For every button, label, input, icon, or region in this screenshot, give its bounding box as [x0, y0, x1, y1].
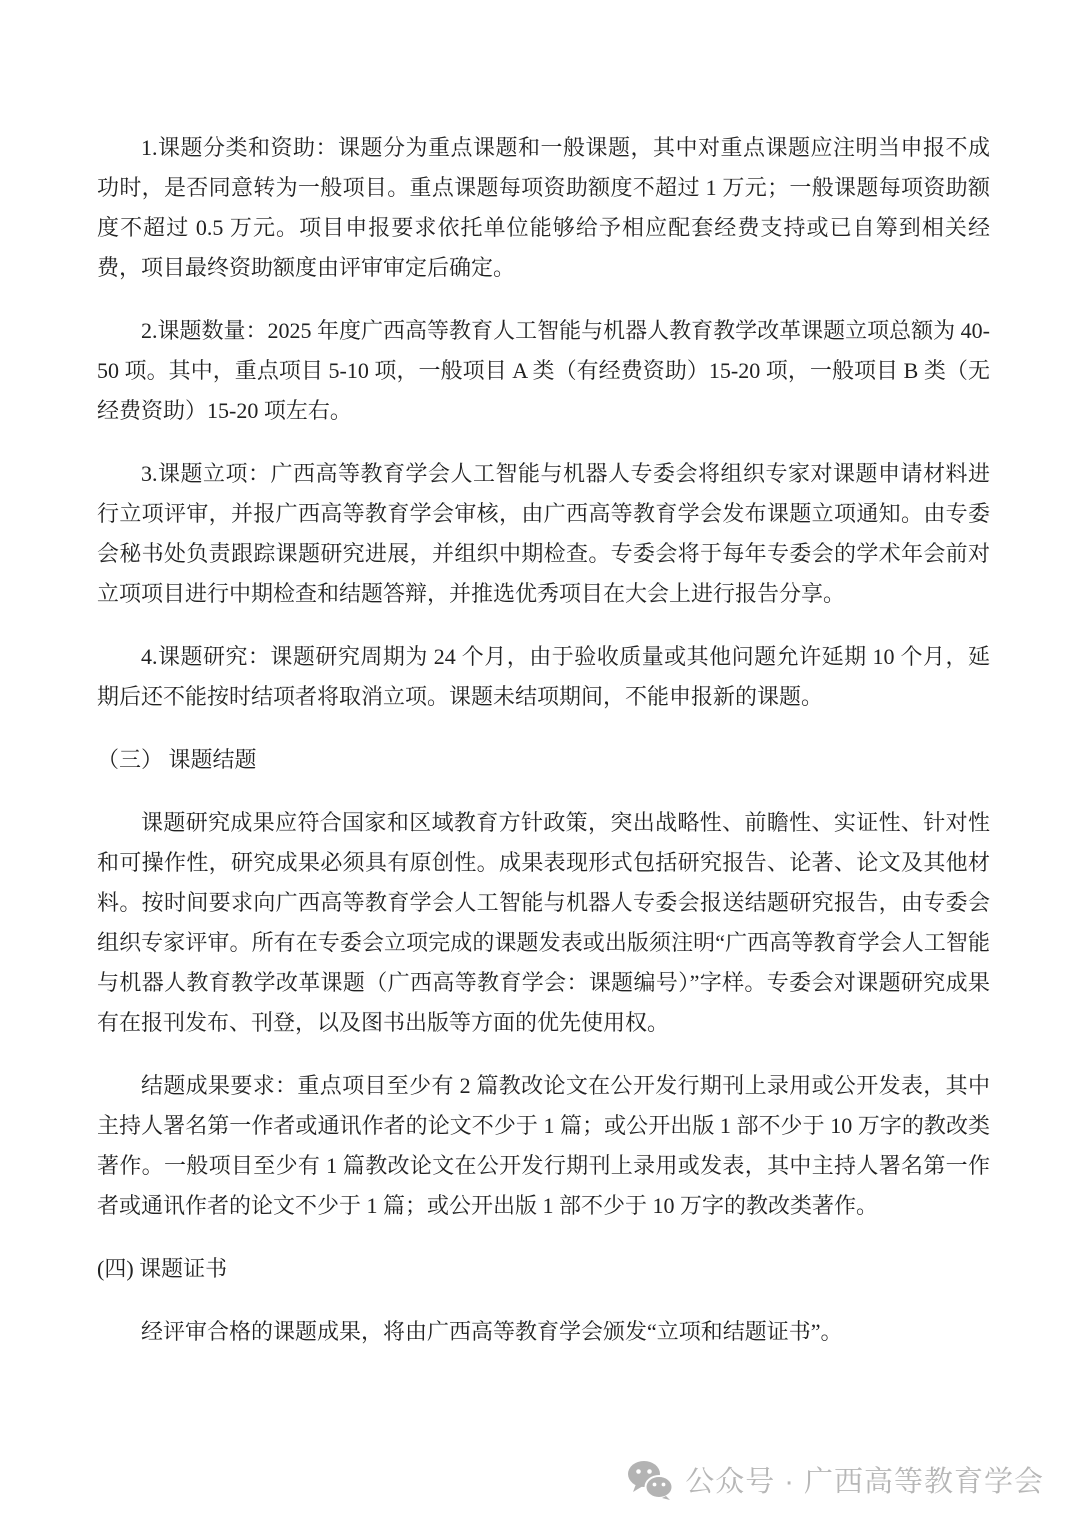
paragraph-classification-funding: 1.课题分类和资助：课题分为重点课题和一般课题，其中对重点课题应注明当申报不成功…	[97, 128, 990, 288]
paragraph-conclusion-requirements: 结题成果要求：重点项目至少有 2 篇教改论文在公开发行期刊上录用或公开发表，其中…	[97, 1066, 990, 1226]
paragraph-certificate-issuance: 经评审合格的课题成果，将由广西高等教育学会颁发“立项和结题证书”。	[97, 1312, 990, 1352]
section-heading-4-certificate: (四) 课题证书	[97, 1249, 990, 1289]
document-page: 1.课题分类和资助：课题分为重点课题和一般课题，其中对重点课题应注明当申报不成功…	[0, 0, 1080, 1527]
paragraph-project-quantity: 2.课题数量：2025 年度广西高等教育人工智能与机器人教育教学改革课题立项总额…	[97, 311, 990, 431]
document-content: 1.课题分类和资助：课题分为重点课题和一般课题，其中对重点课题应注明当申报不成功…	[97, 128, 990, 1375]
paragraph-research-outcomes: 课题研究成果应符合国家和区域教育方针政策，突出战略性、前瞻性、实证性、针对性和可…	[97, 803, 990, 1043]
wechat-icon	[627, 1460, 673, 1500]
paragraph-project-research: 4.课题研究：课题研究周期为 24 个月，由于验收质量或其他问题允许延期 10 …	[97, 637, 990, 717]
footer-watermark: 公众号 · 广西高等教育学会	[627, 1459, 1044, 1500]
watermark-text: 公众号 · 广西高等教育学会	[685, 1459, 1044, 1500]
section-heading-3-conclusion: （三） 课题结题	[97, 740, 990, 780]
paragraph-project-approval: 3.课题立项：广西高等教育学会人工智能与机器人专委会将组织专家对课题申请材料进行…	[97, 454, 990, 614]
